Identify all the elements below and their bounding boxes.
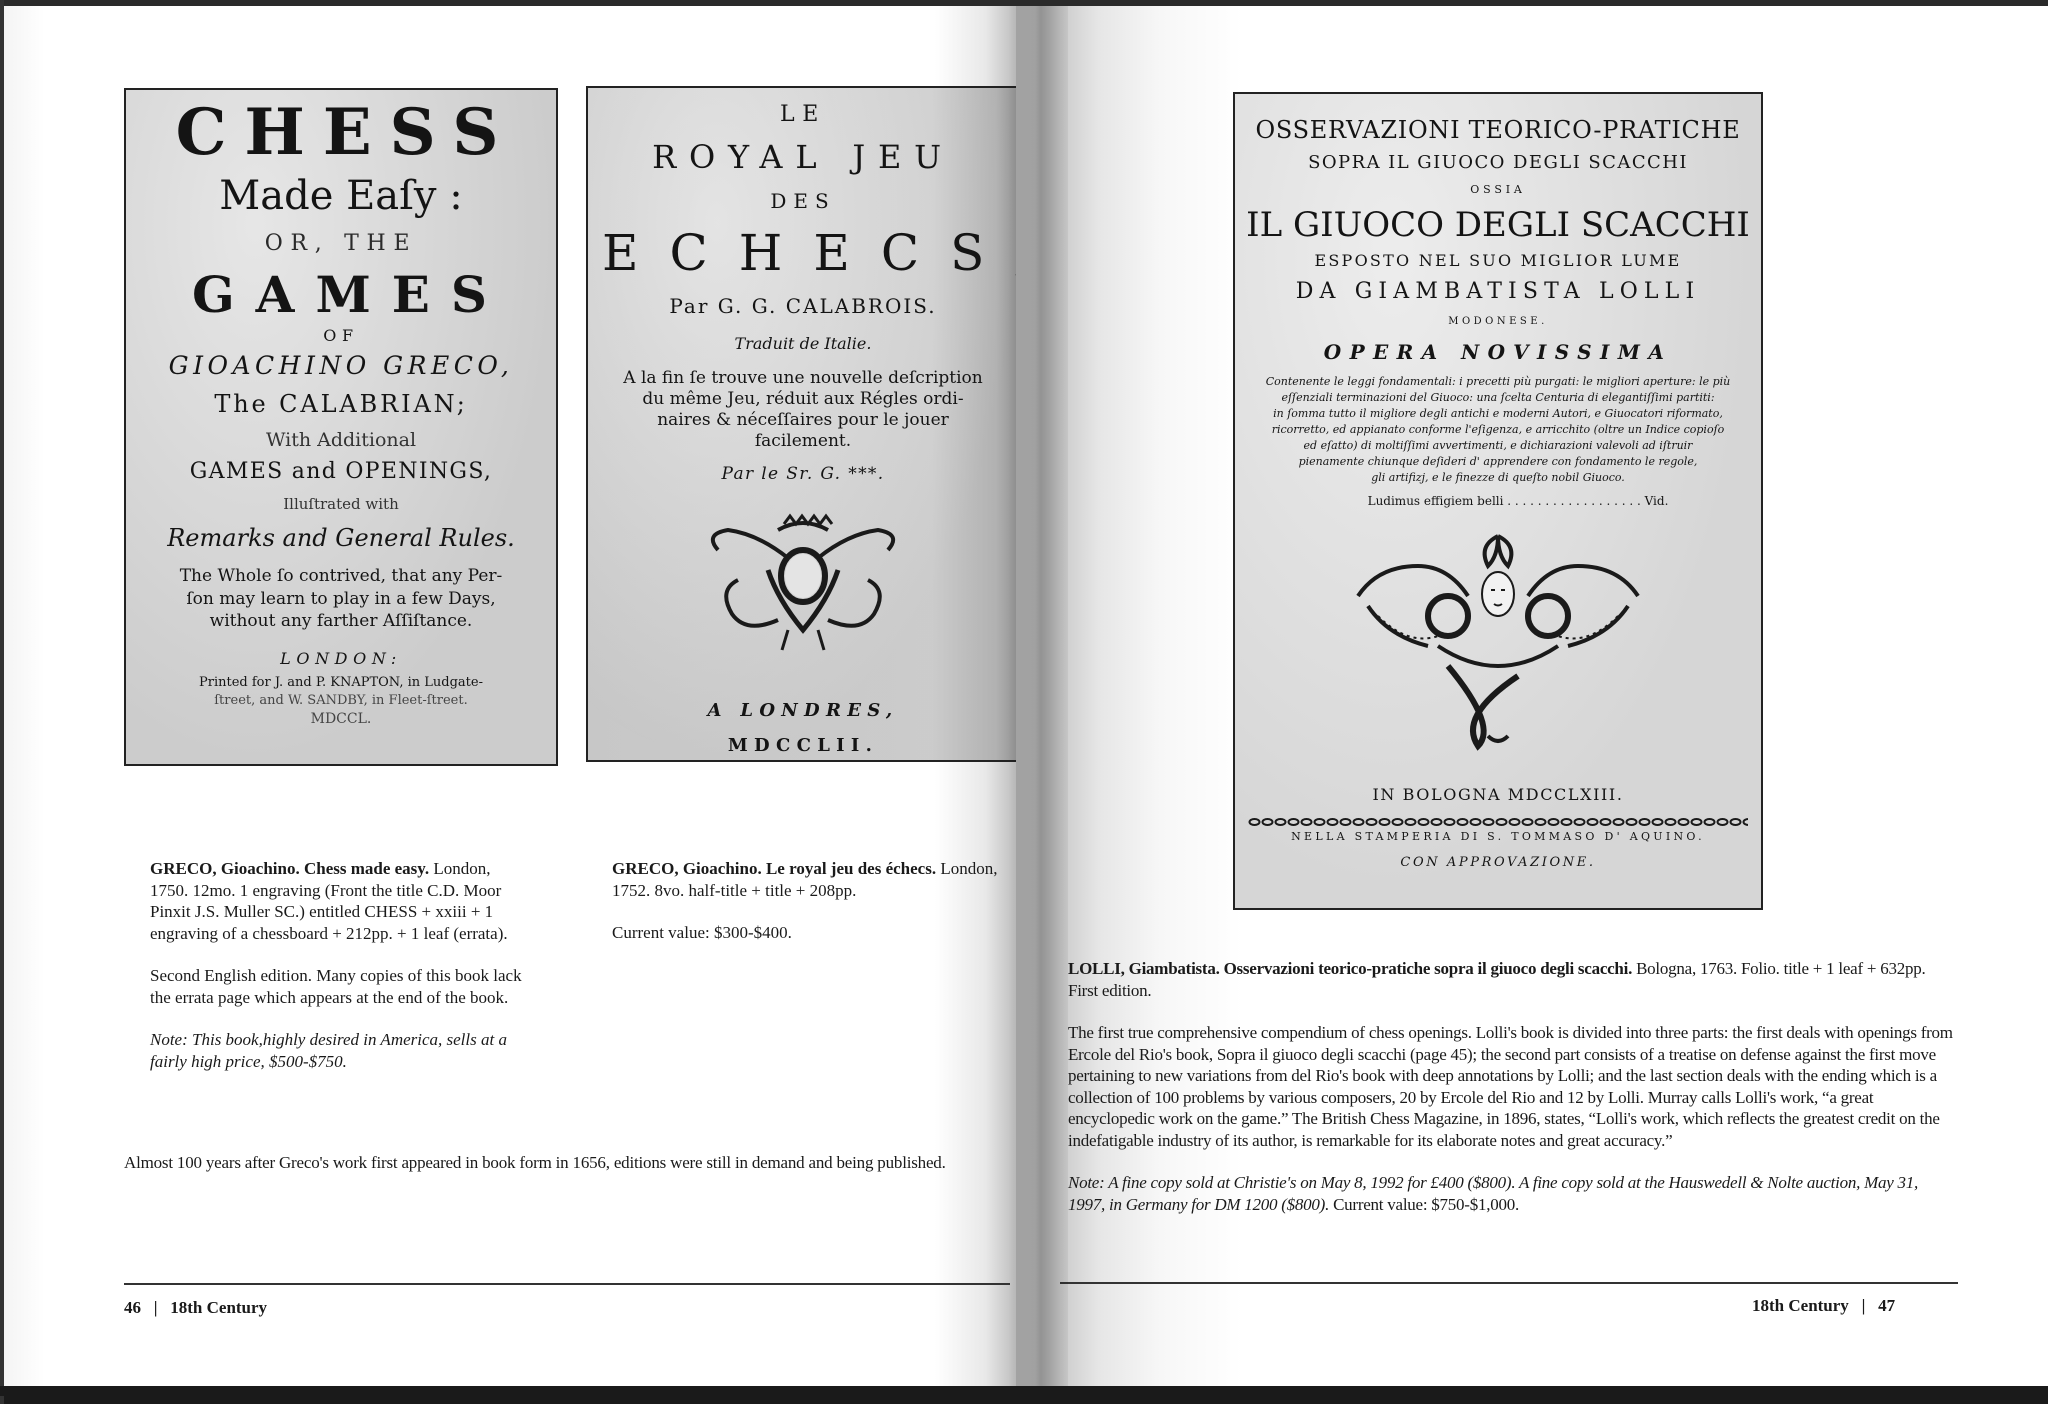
plate-line: ed eſatto) di moltiſſimi avvertimenti, e… [1235,438,1761,454]
plate-line: ECHECS, [588,220,1018,286]
catalog-entry-chess-made-easy: GRECO, Gioachino. Chess made easy. Londo… [150,858,530,1093]
plate-line: CON APPROVAZIONE. [1235,852,1761,874]
plate-line: IL GIUOCO DEGLI SCACCHI [1235,202,1761,248]
page-number: 46 [124,1298,141,1317]
plate-line: OSSERVAZIONI TEORICO-PRATICHE [1235,112,1761,148]
plate-line: MDCCLII. [588,728,1018,762]
plate-line: LE [588,98,1018,132]
plate-line: Contenente le leggi fondamentali: i prec… [1235,374,1761,390]
entry-description: The first true comprehensive compendium … [1068,1022,1958,1151]
plate-line: eſſenziali terminazioni del Giuoco: una … [1235,390,1761,406]
plate-line: naires & néceſſaires pour le jouer [588,410,1018,431]
plate-line: gli artifizj, e le finezze di queſto nob… [1235,470,1761,486]
plate-line: Ludimus effigiem belli . . . . . . . . .… [1235,486,1761,516]
plate-line: ESPOSTO NEL SUO MIGLIOR LUME [1235,248,1761,274]
scan-bottom-edge [0,1386,2048,1396]
plate-line: DES [588,182,1018,220]
plate-line: LONDON: [126,644,556,674]
plate-line: OF [126,324,556,348]
footer-rule-left [124,1283,1010,1285]
book-spread: CHESS Made Eaſy : OR, THE GAMES OF GIOAC… [0,0,2048,1396]
plate-line: without any farther Aſſiſtance. [126,610,556,632]
plate-line: ſtreet, and W. SANDBY, in Fleet-ſtreet. [126,692,556,710]
plate-line: CHESS [126,96,556,170]
plate-line: Remarks and General Rules. [126,520,556,556]
plate-line: OSSIA [1235,178,1761,202]
plate-line: Printed for J. and P. KNAPTON, in Ludgat… [126,674,556,692]
plate-line: Traduit de Italie. [588,326,1018,362]
rococo-mask-ornament-icon [1338,526,1658,756]
plate-line: IN BOLOGNA MDCCLXIII. [1235,780,1761,810]
folio-right: 18th Century | 47 [1752,1296,1895,1316]
chess-made-easy-title-plate: CHESS Made Eaſy : OR, THE GAMES OF GIOAC… [124,88,558,766]
entry-heading: GRECO, Gioachino. Le royal jeu des échec… [612,859,936,878]
chain-border-ornament-icon [1248,812,1748,822]
entry-value: Current value: $300-$400. [612,922,1004,944]
folio-separator: | [154,1298,158,1317]
plate-line: Illuſtrated with [126,488,556,520]
plate-line: GAMES [126,266,556,324]
running-head: 18th Century [1752,1296,1849,1315]
plate-line: ricorretto, ed appianato conforme l'eſig… [1235,422,1761,438]
entry-heading: GRECO, Gioachino. Chess made easy. [150,859,429,878]
summary-paragraph: Almost 100 years after Greco's work firs… [124,1152,1004,1195]
plate-line: A la fin ſe trouve une nouvelle deſcript… [588,368,1018,389]
plate-line: GAMES and OPENINGS, [126,456,556,488]
plate-line: GIOACHINO GRECO, [126,348,556,384]
royal-jeu-title-plate: LE ROYAL JEU DES ECHECS, Par G. G. CALAB… [586,86,1018,762]
plate-line: DA GIAMBATISTA LOLLI [1235,274,1761,310]
plate-line: du même Jeu, réduit aux Régles ordi- [588,389,1018,410]
entry-description: Second English edition. Many copies of t… [150,965,530,1008]
catalog-entry-royal-jeu: GRECO, Gioachino. Le royal jeu des échec… [612,858,1004,965]
plate-line: MODONESE. [1235,310,1761,334]
plate-line: OR, THE [126,222,556,266]
summary-text: Almost 100 years after Greco's work firs… [124,1152,1004,1174]
entry-heading: LOLLI, Giambatista. Osservazioni teorico… [1068,959,1632,978]
page-number: 47 [1878,1296,1895,1315]
plate-line: A LONDRES, [588,694,1018,728]
folio-left: 46 | 18th Century [124,1298,267,1318]
folio-separator: | [1862,1296,1866,1315]
plate-line: facilement. [588,431,1018,452]
plate-line: NELLA STAMPERIA DI S. TOMMASO D' AQUINO. [1235,822,1761,852]
plate-line: The Whole ſo contrived, that any Per- [126,564,556,588]
plate-line: OPERA NOVISSIMA [1235,334,1761,370]
entry-note: Note: This book,highly desired in Americ… [150,1030,507,1071]
plate-line: Par le Sr. G. ***. [588,452,1018,496]
plate-line: Par G. G. CALABROIS. [588,286,1018,326]
entry-value: Current value: $750-$1,000. [1329,1195,1519,1214]
running-head: 18th Century [170,1298,267,1317]
catalog-entry-lolli: LOLLI, Giambatista. Osservazioni teorico… [1068,958,1958,1236]
crowned-cartouche-ornament-icon [698,510,908,660]
plate-line: Made Eaſy : [126,170,556,222]
plate-line: SOPRA IL GIUOCO DEGLI SCACCHI [1235,148,1761,178]
plate-line: ROYAL JEU [588,132,1018,182]
plate-line: in ſomma tutto il migliore degli antichi… [1235,406,1761,422]
plate-line: MDCCL. [126,710,556,728]
lolli-title-plate: OSSERVAZIONI TEORICO-PRATICHE SOPRA IL G… [1233,92,1763,910]
plate-line: pienamente chiunque deſideri d' apprende… [1235,454,1761,470]
plate-line: With Additional [126,424,556,456]
footer-rule-right [1060,1282,1958,1284]
plate-line: The CALABRIAN; [126,384,556,424]
plate-line: ſon may learn to play in a few Days, [126,588,556,610]
